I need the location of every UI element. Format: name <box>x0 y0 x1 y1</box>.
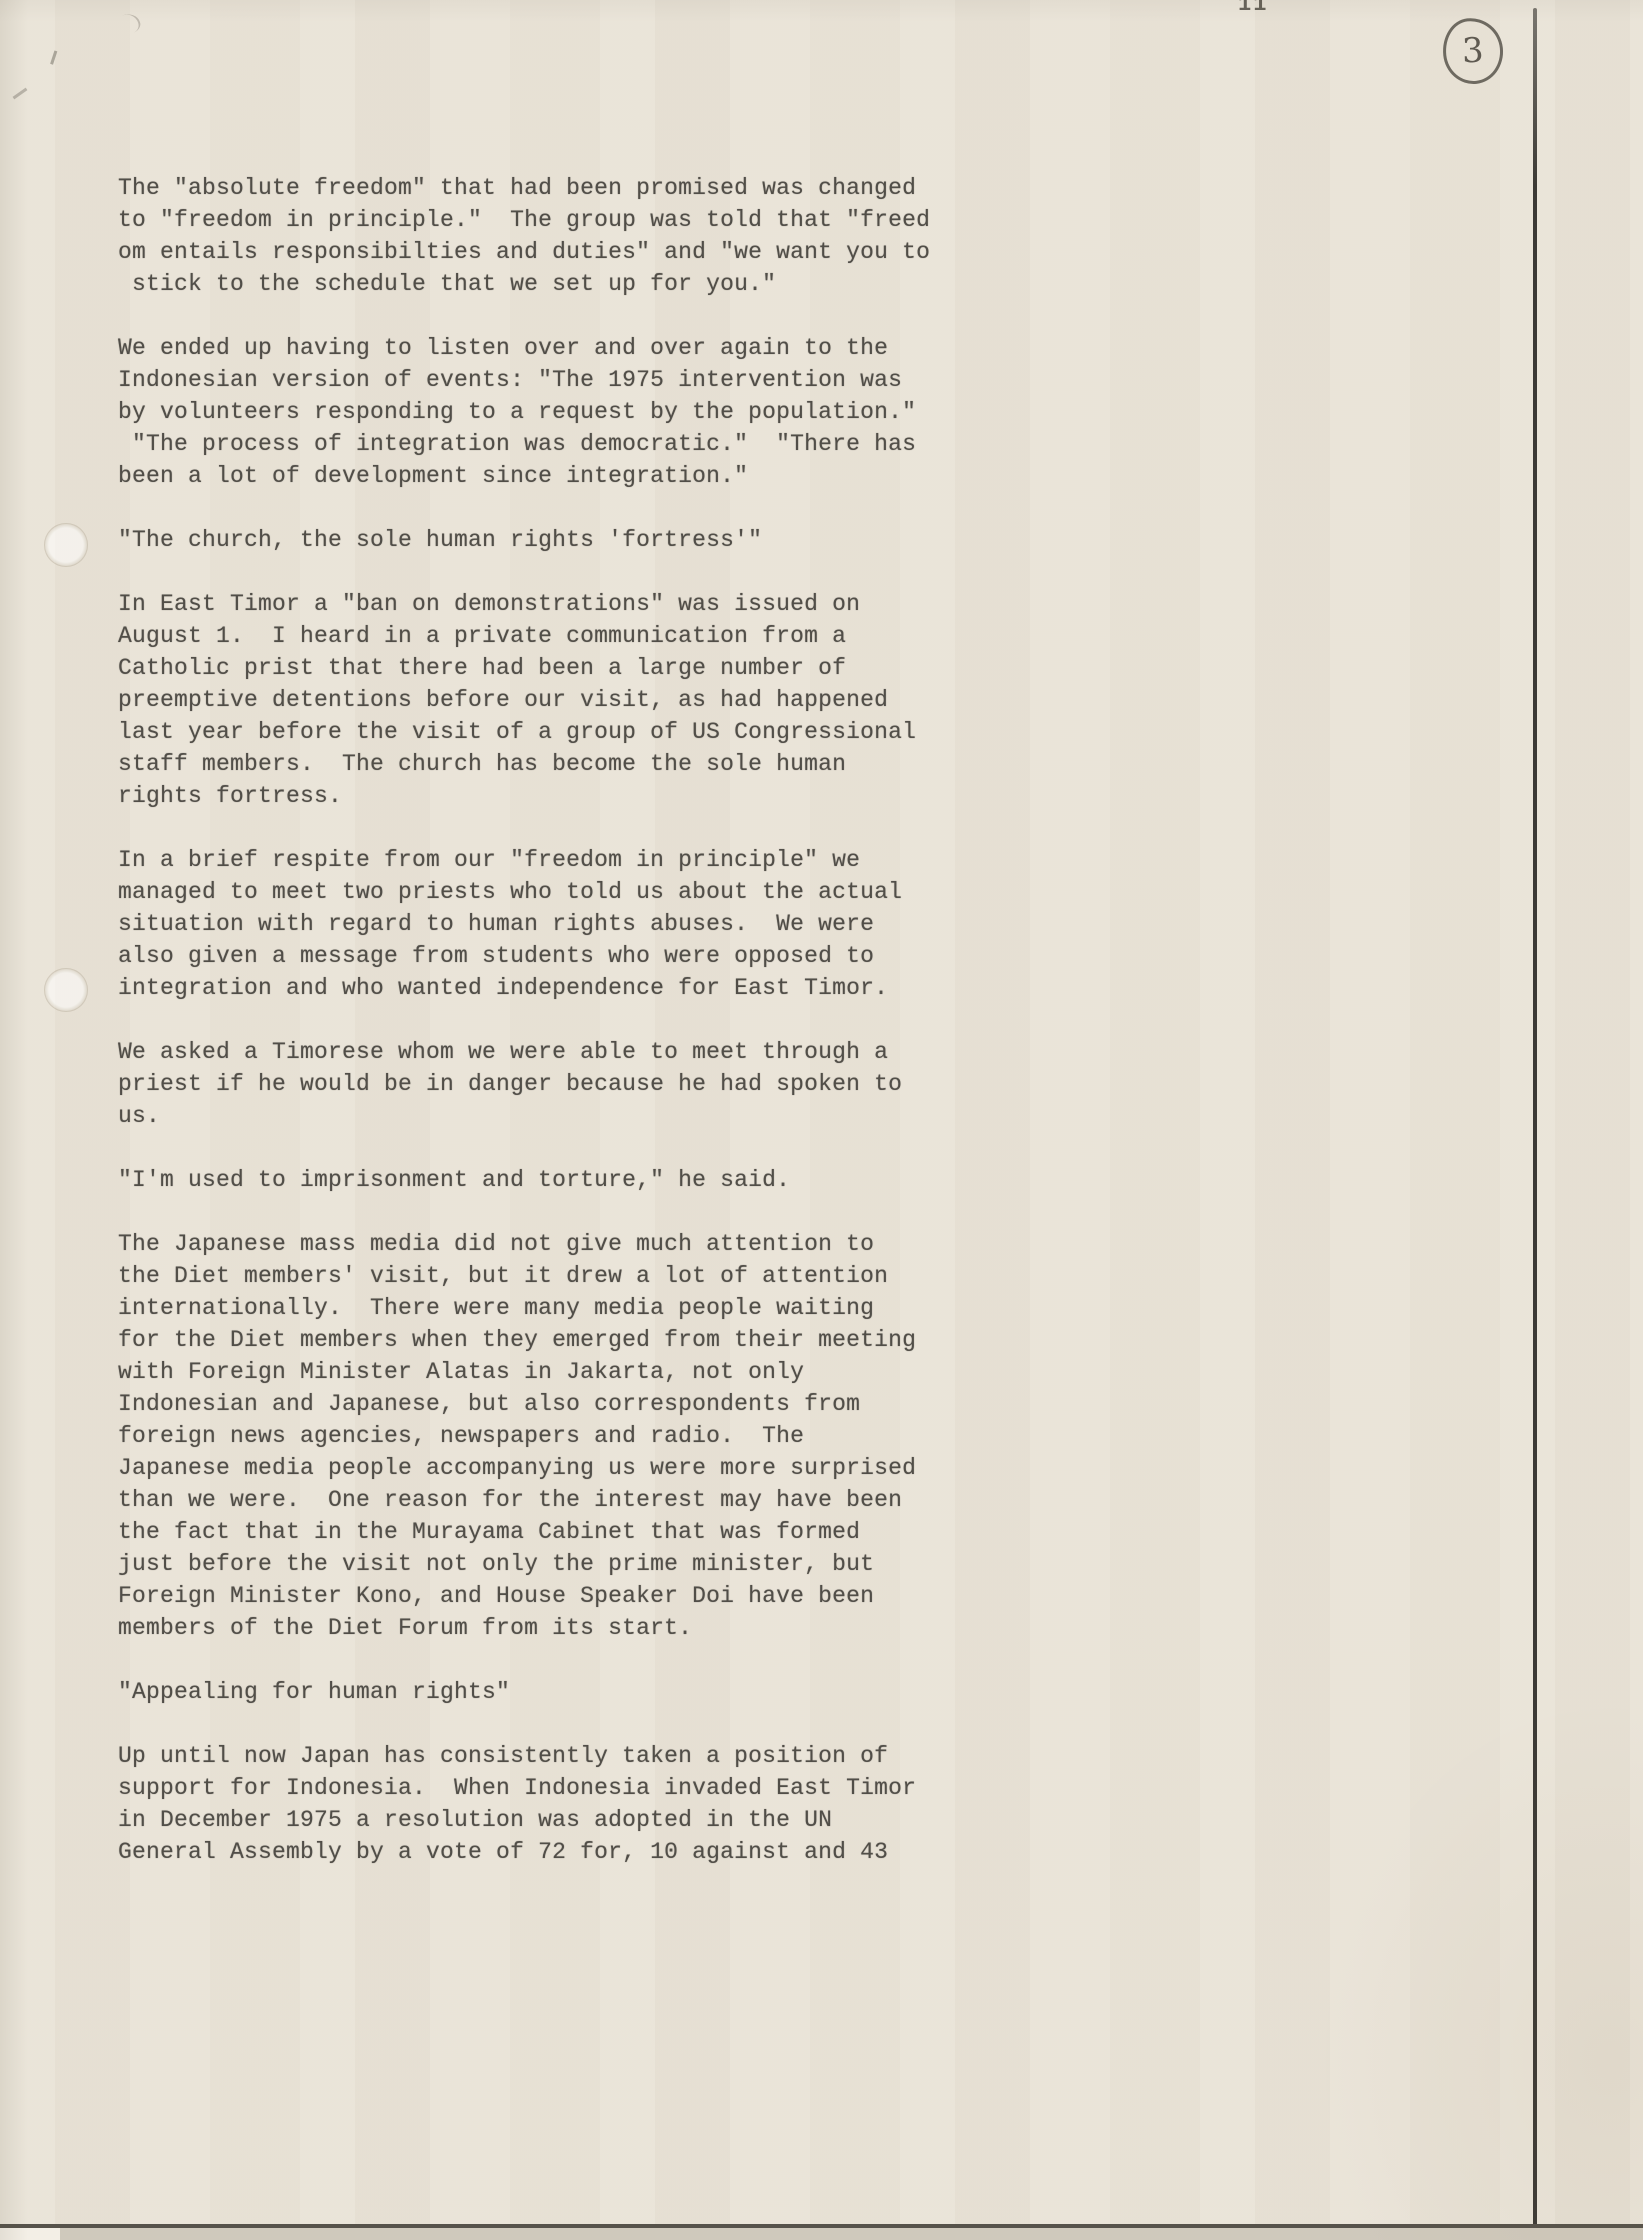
corner-crop-mark: 11 <box>1238 0 1268 17</box>
document-text: The "absolute freedom" that had been pro… <box>118 172 978 1900</box>
heading-appealing-human-rights: "Appealing for human rights" <box>118 1676 978 1708</box>
paragraph-east-timor-ban: In East Timor a "ban on demonstrations" … <box>118 588 978 812</box>
paragraph-japan-position: Up until now Japan has consistently take… <box>118 1740 978 1868</box>
page-number: 3 <box>1461 31 1484 72</box>
page-number-badge: 3 <box>1440 15 1507 87</box>
scanned-page: 11 3 The "absolute freedom" that had bee… <box>0 0 1643 2240</box>
page-right-edge-line <box>1533 8 1537 2240</box>
page-bottom-left-sliver <box>0 2228 60 2240</box>
hole-punch-bottom <box>44 968 88 1012</box>
paragraph-indonesian-version: We ended up having to listen over and ov… <box>118 332 978 492</box>
pencil-mark <box>50 50 66 67</box>
paragraph-timorese-danger: We asked a Timorese whom we were able to… <box>118 1036 978 1132</box>
paragraph-imprisonment-quote: "I'm used to imprisonment and torture," … <box>118 1164 978 1196</box>
paragraph-japanese-media: The Japanese mass media did not give muc… <box>118 1228 978 1644</box>
paragraph-absolute-freedom: The "absolute freedom" that had been pro… <box>118 172 978 300</box>
pencil-mark <box>113 10 142 37</box>
paragraph-brief-respite: In a brief respite from our "freedom in … <box>118 844 978 1004</box>
hole-punch-top <box>44 523 88 567</box>
heading-church-fortress: "The church, the sole human rights 'fort… <box>118 524 978 556</box>
pencil-mark <box>13 88 28 100</box>
page-bottom-edge-line <box>0 2224 1643 2228</box>
